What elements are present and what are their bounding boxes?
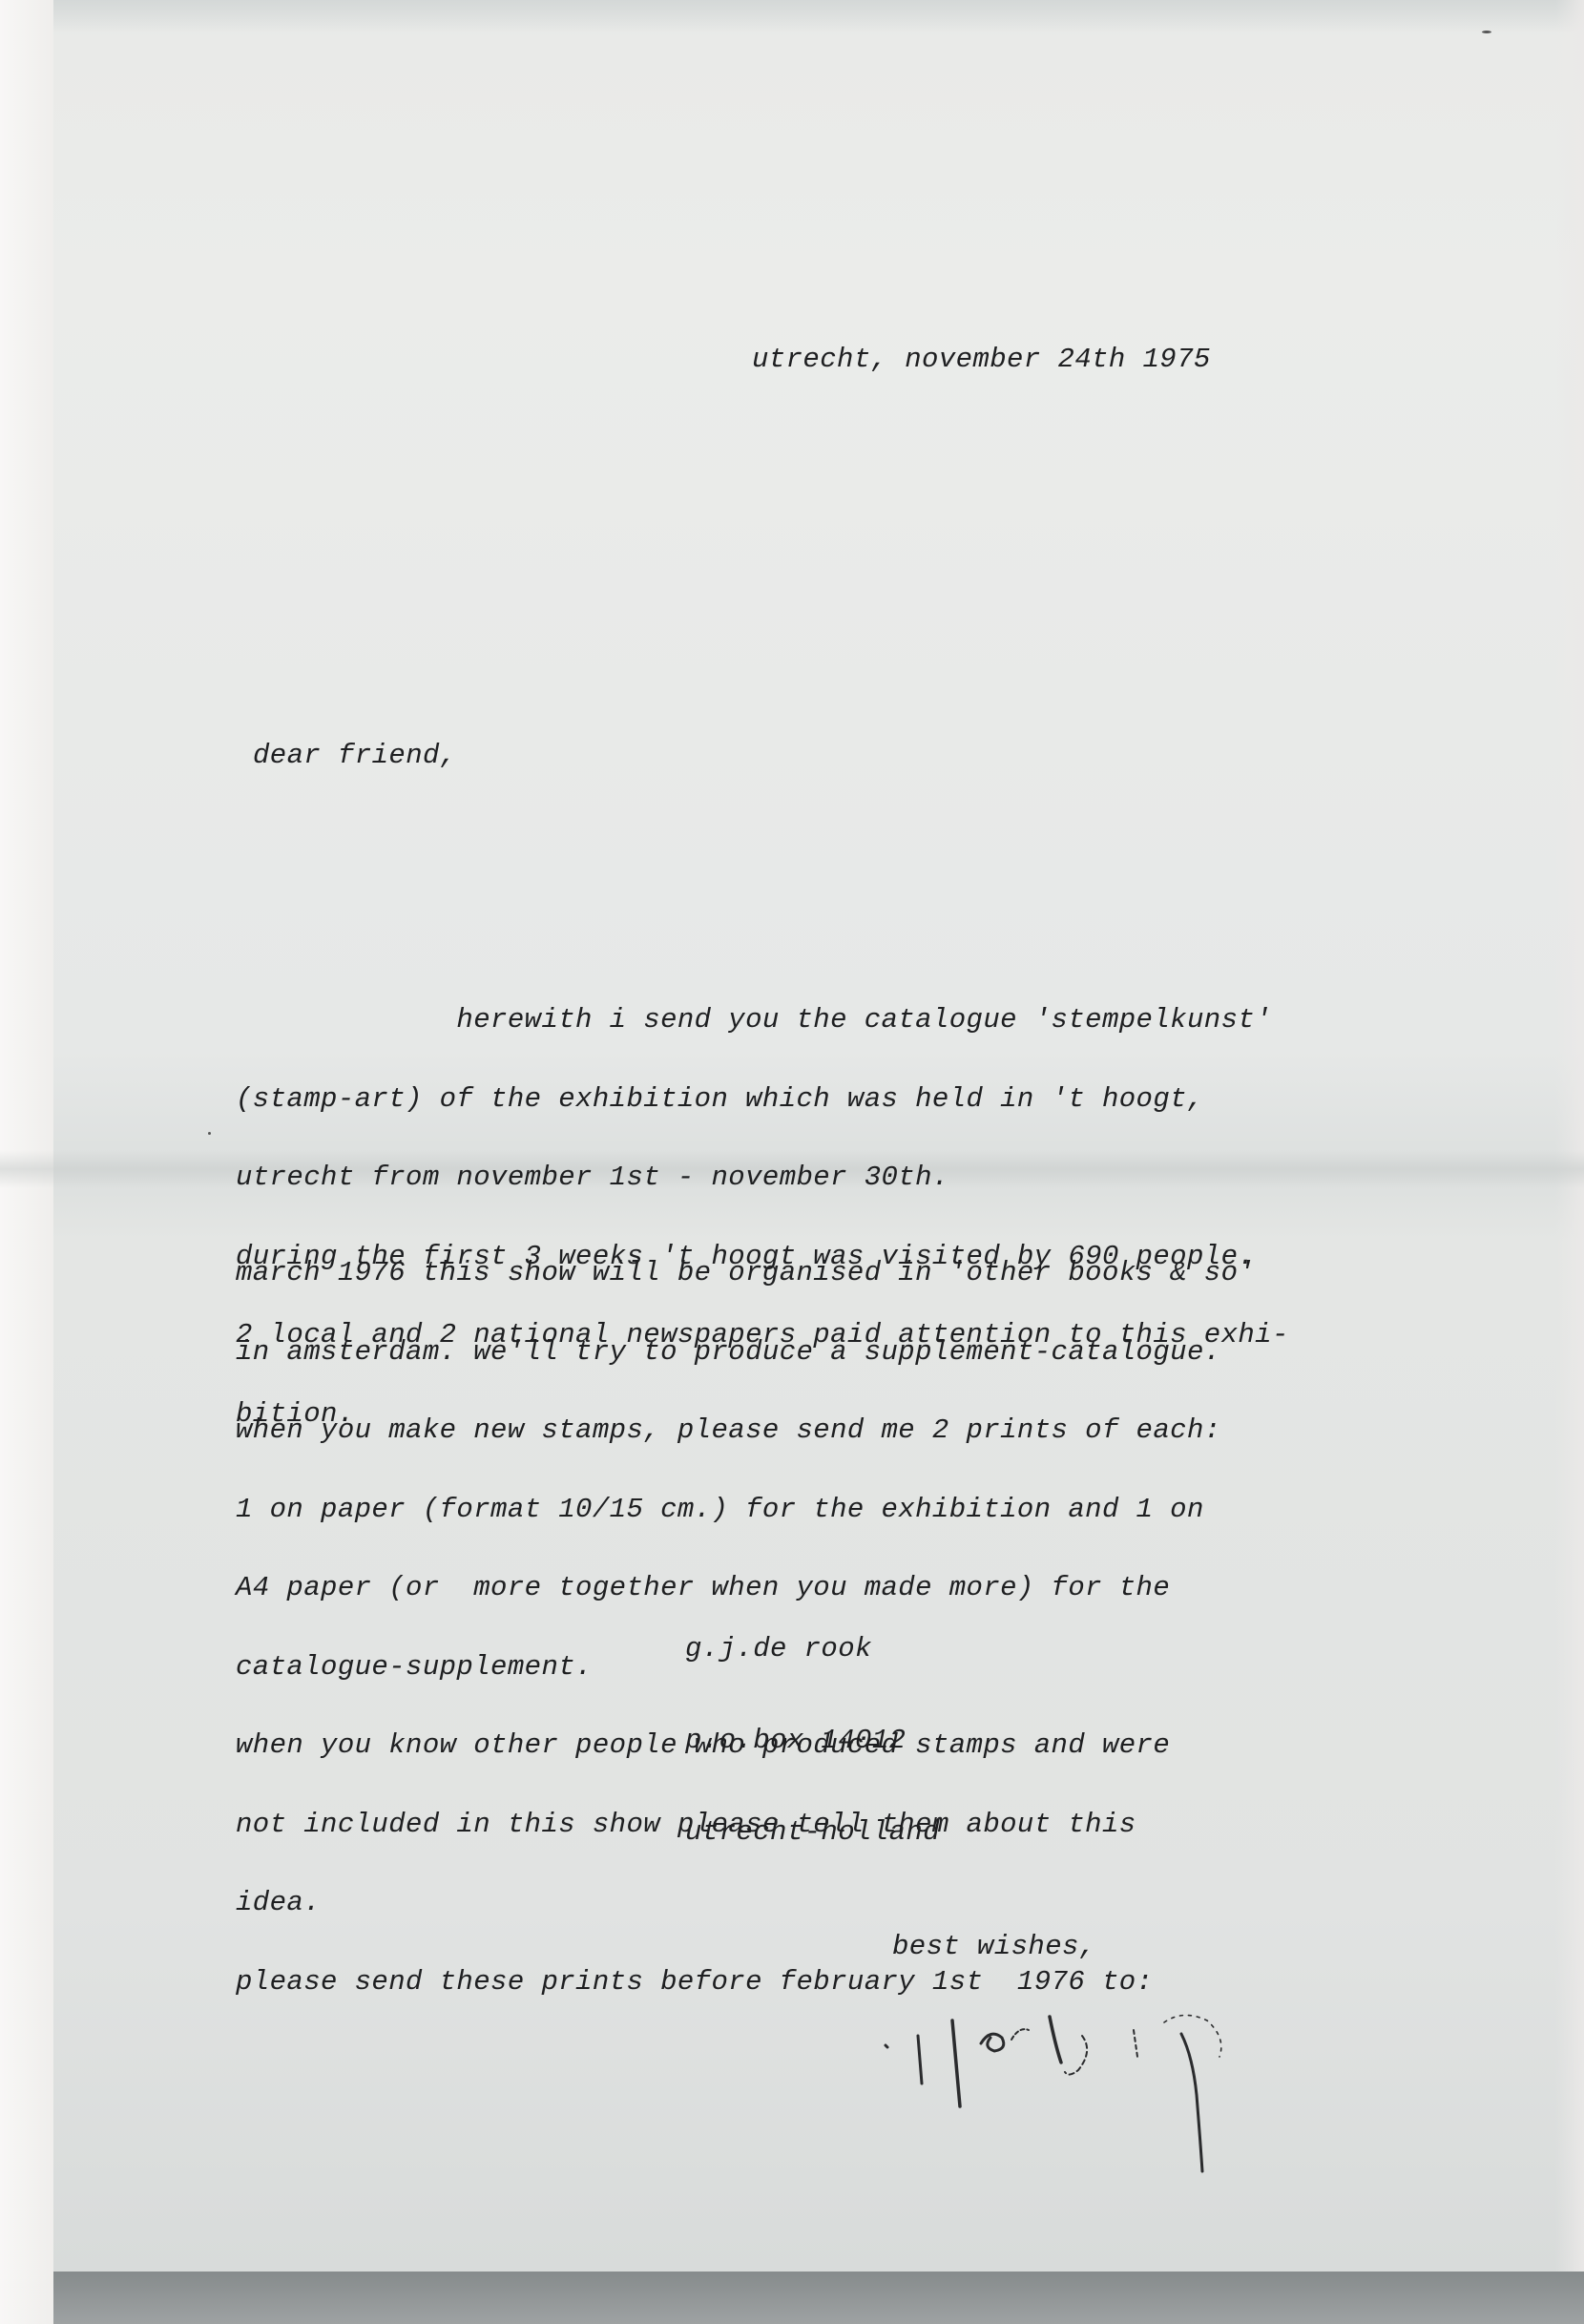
letter-closing: best wishes, [892,1933,1096,1960]
return-address: g.j.de rook p.o.box 14012 utrecht-hollan… [685,1573,940,1878]
ink-speck [208,1132,211,1135]
text-line: please send these prints before february… [236,1969,1255,1996]
page-right-edge [1555,0,1584,2272]
letter-salutation: dear friend, [253,742,457,769]
text-line: idea. [236,1890,1255,1916]
text-line: utrecht from november 1st - november 30t… [236,1164,1289,1191]
text-line: when you make new stamps, please send me… [236,1417,1255,1444]
text-line: 1 on paper (format 10/15 cm.) for the ex… [236,1497,1255,1523]
text-line: in amsterdam. we'll try to produce a sup… [236,1339,1255,1366]
signature-icon [878,1999,1279,2190]
background-surface [53,2272,1584,2324]
page-top-shadow [53,0,1584,32]
text-line: herewith i send you the catalogue 'stemp… [236,1007,1289,1034]
address-name: g.j.de rook [685,1634,940,1664]
text-line: march 1976 this show will be organised i… [236,1260,1255,1287]
address-city: utrecht-holland [685,1817,940,1848]
letter-date: utrecht, november 24th 1975 [752,345,1211,373]
text-line: (stamp-art) of the exhibition which was … [236,1086,1289,1113]
ink-speck [1482,31,1491,33]
address-box: p.o.box 14012 [685,1726,940,1756]
